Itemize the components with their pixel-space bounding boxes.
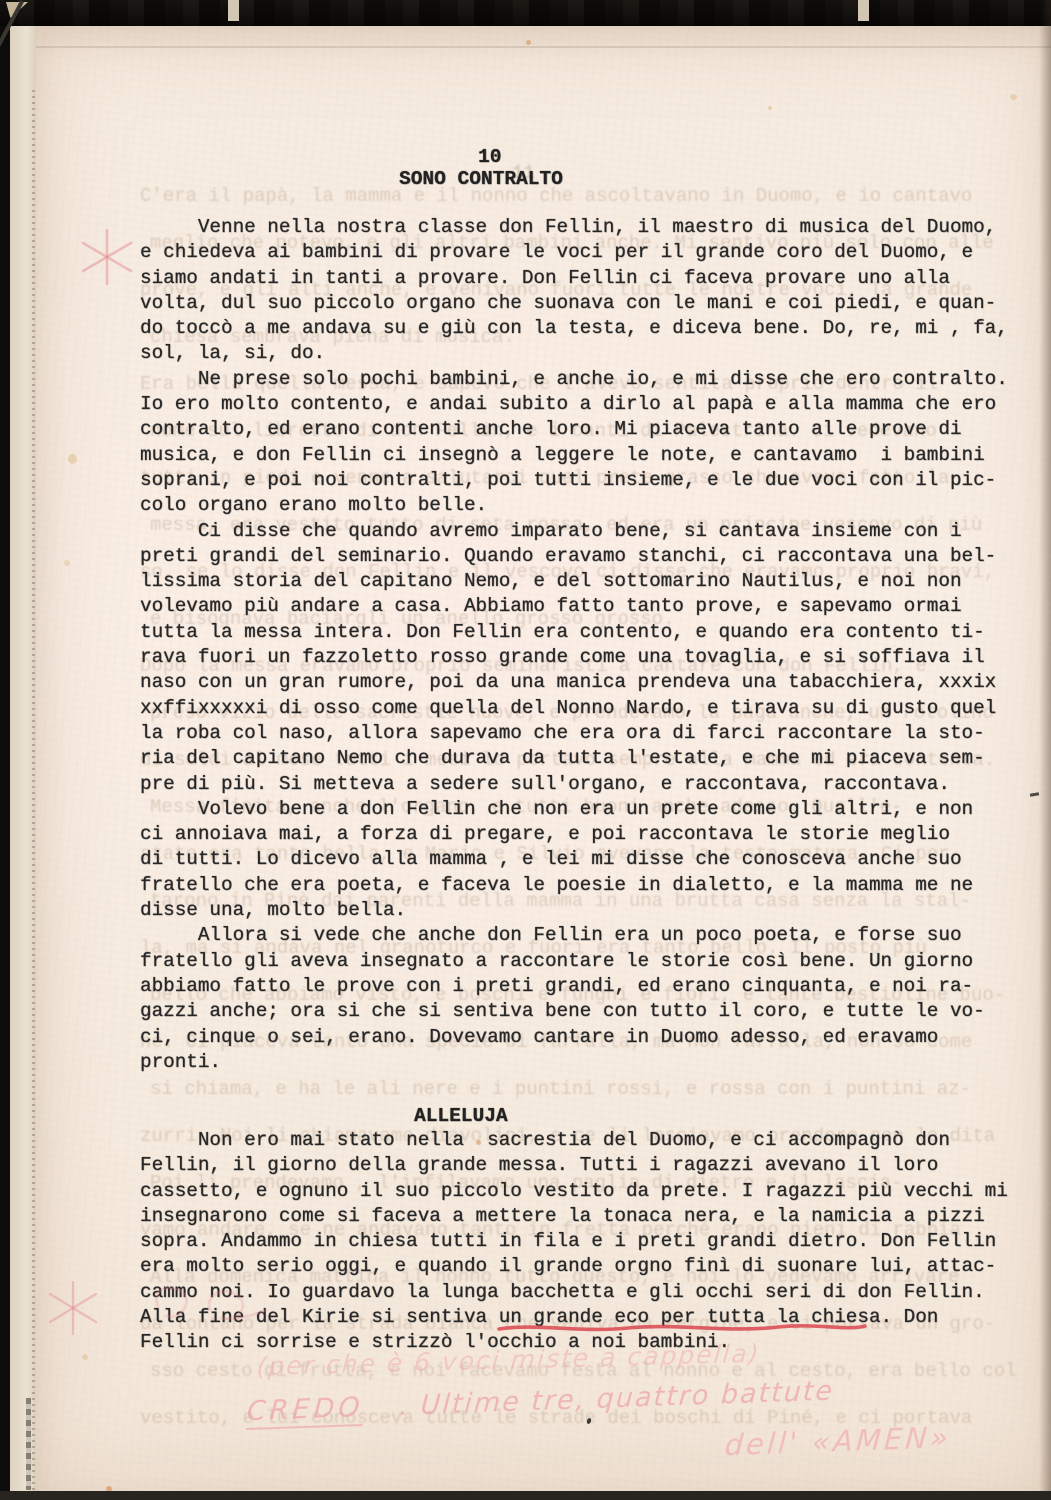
vertical-fold-crease — [32, 90, 35, 1494]
handwritten-credo-word: CREDO — [246, 1392, 365, 1430]
red-underline-mark — [496, 1320, 868, 1338]
film-strip-edge — [0, 0, 1051, 26]
section-title-sono-contralto: SONO CONTRALTO — [399, 168, 563, 190]
age-spot — [82, 1354, 88, 1360]
age-spot — [68, 454, 77, 464]
section-title-alleluja: ALLELUJA — [414, 1105, 508, 1127]
age-spot — [1010, 94, 1017, 100]
film-notch — [858, 0, 869, 21]
ghost-text-line: si chiama, e ha le ali nere e i puntini … — [150, 1078, 971, 1100]
typed-paragraph: Volevo bene a don Fellin che non era un … — [140, 797, 1051, 923]
typed-text-section-1: Venne nella nostra classe don Fellin, il… — [140, 215, 1051, 1075]
page-number: 10 — [478, 146, 501, 168]
right-edge-shadow — [1039, 0, 1051, 1500]
age-spot — [768, 106, 772, 110]
scanned-typescript-page: 11 C'era il papà, la mamma e il nonno ch… — [0, 0, 1051, 1500]
typed-paragraph: Allora si vede che anche don Fellin era … — [140, 923, 1051, 1075]
typed-paragraph: Venne nella nostra classe don Fellin, il… — [140, 215, 1051, 367]
age-spot — [526, 40, 531, 45]
film-notch — [228, 0, 239, 21]
faint-pencil-scribble — [140, 1276, 330, 1336]
paper-sheet: 11 C'era il papà, la mamma e il nonno ch… — [36, 24, 1051, 1494]
edge-smudge — [26, 1398, 31, 1490]
asterisk-margin-mark-icon — [46, 1280, 100, 1336]
asterisk-margin-mark-icon — [78, 228, 136, 286]
typed-paragraph: Ne prese solo pochi bambini, e anche io,… — [140, 367, 1051, 519]
horizontal-crease — [36, 46, 1051, 48]
age-spot — [64, 560, 70, 566]
typed-paragraph: Ci disse che quando avremo imparato bene… — [140, 519, 1051, 797]
bottom-scan-edge — [0, 1491, 1051, 1500]
